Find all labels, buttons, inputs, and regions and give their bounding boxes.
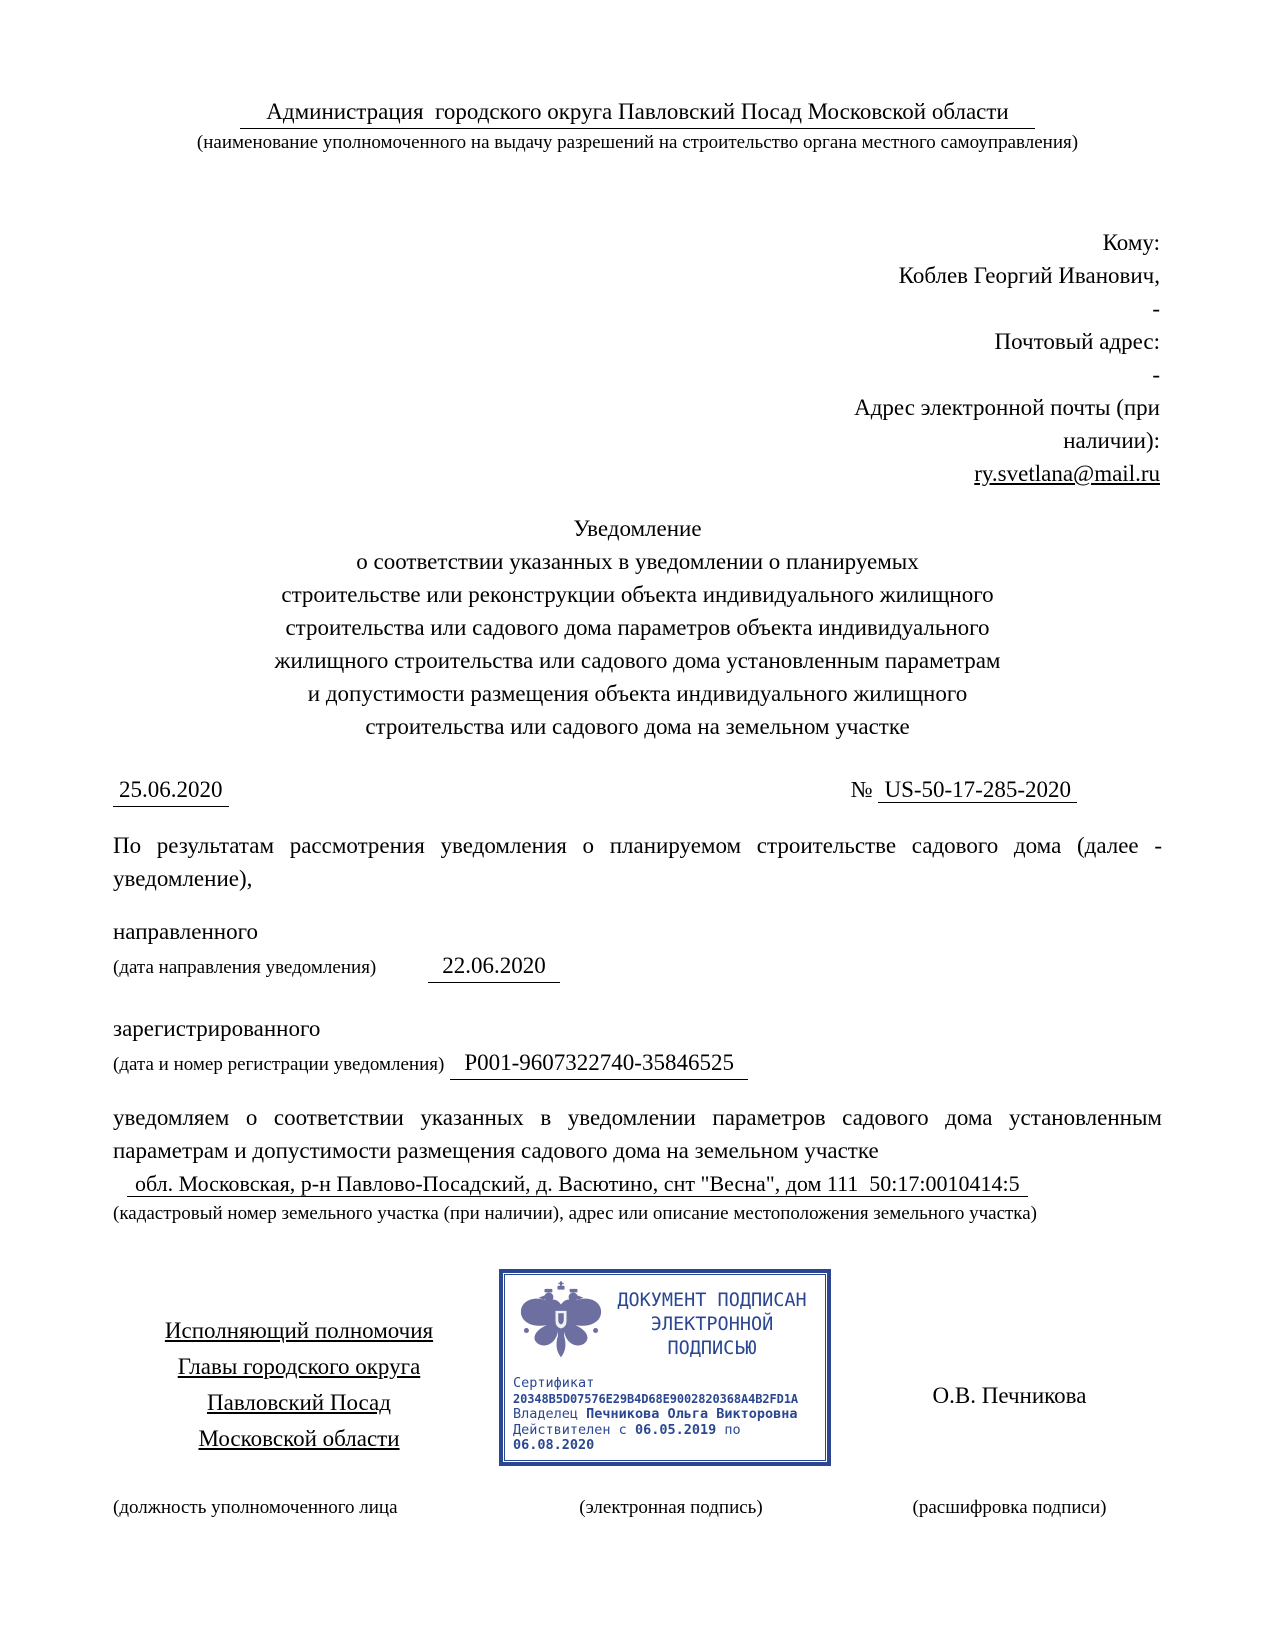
signer-name-column: О.В. Печникова (расшифровка подписи): [857, 1269, 1162, 1521]
land-plot-line: обл. Московская, р-н Павлово-Посадский, …: [113, 1167, 1162, 1200]
sent-date-caption: (дата направления уведомления): [113, 957, 376, 978]
esign-column: ДОКУМЕНТ ПОДПИСАН ЭЛЕКТРОННОЙ ПОДПИСЬЮ С…: [485, 1269, 857, 1521]
registered-label: зарегистрированного: [113, 1012, 1162, 1045]
registered-block: зарегистрированного (дата и номер регист…: [113, 1012, 1162, 1083]
registration-caption: (дата и номер регистрации уведомления): [113, 1054, 444, 1075]
email-label: Адрес электронной почты (при наличии):: [815, 391, 1160, 457]
certificate-validity-line: Действителен с 06.05.2019 по 06.08.2020: [513, 1423, 815, 1454]
sent-label: направленного: [113, 915, 1162, 948]
valid-label: Действителен с: [513, 1422, 627, 1438]
coat-of-arms-icon: [513, 1281, 609, 1369]
org-name: Администрация городского округа Павловск…: [240, 95, 1034, 129]
signature-caption: (расшифровка подписи): [857, 1494, 1162, 1521]
document-date: 25.06.2020: [113, 773, 229, 807]
addressee-name: Коблев Георгий Иванович,: [815, 259, 1160, 292]
owner-label: Владелец: [513, 1406, 578, 1422]
signer-position: Исполняющий полномочия Главы городского …: [113, 1313, 485, 1457]
sent-block: направленного (дата направления уведомле…: [113, 915, 1162, 986]
esign-caption: (электронная подпись): [485, 1494, 857, 1521]
valid-separator: по: [724, 1422, 740, 1438]
certificate-number: 20348B5D07576E29B4D68E9002820368A4B2FD1A: [513, 1392, 815, 1408]
signer-name: О.В. Печникова: [857, 1379, 1162, 1412]
stamp-title: ДОКУМЕНТ ПОДПИСАН ЭЛЕКТРОННОЙ ПОДПИСЬЮ: [609, 1289, 815, 1361]
land-plot-caption: (кадастровый номер земельного участка (п…: [113, 1200, 1162, 1227]
document-number-group: № US-50-17-285-2020: [851, 773, 1077, 806]
registration-number-field: P001-9607322740-35846525: [450, 1046, 748, 1080]
land-plot-value: обл. Московская, р-н Павлово-Посадский, …: [127, 1171, 1028, 1197]
document-page: Администрация городского округа Павловск…: [0, 0, 1275, 1650]
postal-address-label: Почтовый адрес:: [815, 325, 1160, 358]
meta-row: 25.06.2020 № US-50-17-285-2020: [113, 773, 1162, 807]
addressee-dash: -: [815, 292, 1160, 325]
email-link[interactable]: ry.svetlana@mail.ru: [974, 461, 1160, 486]
sent-date-field: 22.06.2020: [428, 949, 560, 983]
certificate-owner-line: Владелец Печникова Ольга Викторовна: [513, 1407, 815, 1423]
position-caption: (должность уполномоченного лица: [113, 1494, 485, 1521]
document-title: Уведомление о соответствии указанных в у…: [113, 512, 1162, 743]
addressee-block: Кому: Коблев Георгий Иванович, - Почтовы…: [815, 226, 1160, 490]
esign-stamp: ДОКУМЕНТ ПОДПИСАН ЭЛЕКТРОННОЙ ПОДПИСЬЮ С…: [499, 1269, 831, 1466]
valid-to-date: 06.08.2020: [513, 1437, 594, 1453]
number-sign: №: [851, 777, 873, 802]
paragraph-notice: уведомляем о соответствии указанных в ув…: [113, 1101, 1162, 1167]
to-label: Кому:: [815, 226, 1160, 259]
signature-section: Исполняющий полномочия Главы городского …: [113, 1269, 1162, 1521]
postal-address-dash: -: [815, 358, 1160, 391]
owner-name: Печникова Ольга Викторовна: [586, 1406, 797, 1422]
org-name-caption: (наименование уполномоченного на выдачу …: [113, 129, 1162, 156]
document-number: US-50-17-285-2020: [878, 777, 1077, 803]
signer-position-column: Исполняющий полномочия Главы городского …: [113, 1269, 485, 1521]
valid-from-date: 06.05.2019: [635, 1422, 716, 1438]
certificate-label: Сертификат: [513, 1376, 815, 1392]
paragraph-intro: По результатам рассмотрения уведомления …: [113, 829, 1162, 895]
